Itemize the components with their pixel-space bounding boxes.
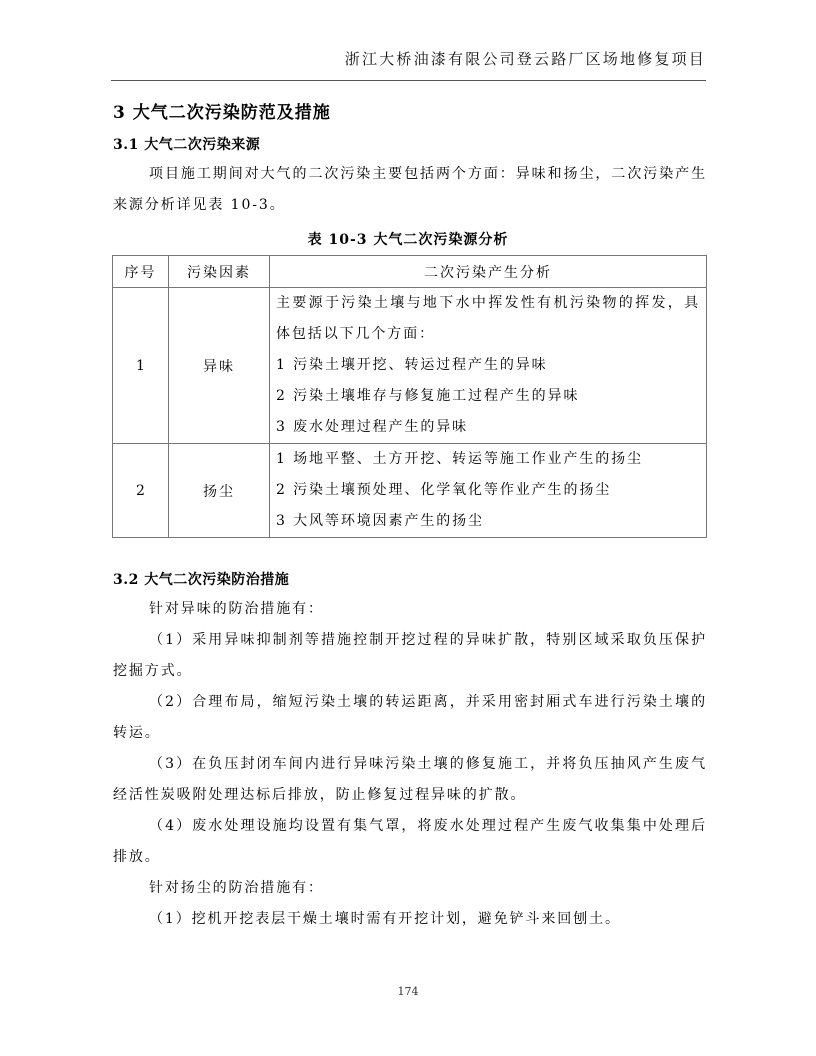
- analysis-line: 主要源于污染土壤与地下水中挥发性有机污染物的挥发，具体包括以下几个方面：: [276, 288, 700, 350]
- table-header-row: 序号 污染因素 二次污染产生分析: [113, 256, 707, 288]
- column-header-factor: 污染因素: [169, 256, 270, 288]
- sources-paragraph: 项目施工期间对大气的二次污染主要包括两个方面：异味和扬尘，二次污染产生来源分析详…: [113, 159, 707, 221]
- header-divider: [111, 80, 706, 81]
- pollution-factor: 异味: [169, 288, 270, 444]
- row-number: 1: [113, 288, 169, 444]
- pollution-factor: 扬尘: [169, 444, 270, 538]
- subsection-heading-3-1: 3.1 大气二次污染来源: [113, 134, 260, 154]
- section-heading: 3 大气二次污染防范及措施: [113, 98, 331, 123]
- table-row: 1 异味 主要源于污染土壤与地下水中挥发性有机污染物的挥发，具体包括以下几个方面…: [113, 288, 707, 444]
- table-row: 2 扬尘 1 场地平整、土方开挖、转运等施工作业产生的扬尘 2 污染土壤预处理、…: [113, 444, 707, 538]
- analysis-cell: 1 场地平整、土方开挖、转运等施工作业产生的扬尘 2 污染土壤预处理、化学氧化等…: [270, 444, 707, 538]
- dust-measure-1: （1）挖机开挖表层干燥土壤时需有开挖计划，避免铲斗来回刨土。: [113, 904, 707, 935]
- analysis-line: 1 污染土壤开挖、转运过程产生的异味: [276, 350, 700, 381]
- column-header-no: 序号: [113, 256, 169, 288]
- pollution-source-table: 序号 污染因素 二次污染产生分析 1 异味 主要源于污染土壤与地下水中挥发性有机…: [112, 255, 707, 538]
- odor-measure-3: （3）在负压封闭车间内进行异味污染土壤的修复施工，并将负压抽风产生废气经活性炭吸…: [113, 749, 707, 811]
- analysis-line: 1 场地平整、土方开挖、转运等施工作业产生的扬尘: [276, 444, 700, 475]
- row-number: 2: [113, 444, 169, 538]
- odor-measure-4: （4）废水处理设施均设置有集气罩，将废水处理过程产生废气收集集中处理后排放。: [113, 811, 707, 873]
- analysis-cell: 主要源于污染土壤与地下水中挥发性有机污染物的挥发，具体包括以下几个方面： 1 污…: [270, 288, 707, 444]
- odor-measure-2: （2）合理布局，缩短污染土壤的转运距离，并采用密封厢式车进行污染土壤的转运。: [113, 687, 707, 749]
- dust-intro: 针对扬尘的防治措施有：: [113, 873, 707, 904]
- subsection-heading-3-2: 3.2 大气二次污染防治措施: [113, 569, 289, 589]
- column-header-analysis: 二次污染产生分析: [270, 256, 707, 288]
- page-number: 174: [0, 985, 816, 998]
- analysis-line: 3 大风等环境因素产生的扬尘: [276, 506, 700, 537]
- odor-intro: 针对异味的防治措施有：: [113, 594, 707, 625]
- analysis-line: 3 废水处理过程产生的异味: [276, 412, 700, 443]
- analysis-line: 2 污染土壤预处理、化学氧化等作业产生的扬尘: [276, 475, 700, 506]
- table-caption: 表 10-3 大气二次污染源分析: [0, 229, 816, 249]
- odor-measure-1: （1）采用异味抑制剂等措施控制开挖过程的异味扩散，特别区域采取负压保护挖掘方式。: [113, 625, 707, 687]
- running-header: 浙江大桥油漆有限公司登云路厂区场地修复项目: [0, 48, 706, 69]
- analysis-line: 2 污染土壤堆存与修复施工过程产生的异味: [276, 381, 700, 412]
